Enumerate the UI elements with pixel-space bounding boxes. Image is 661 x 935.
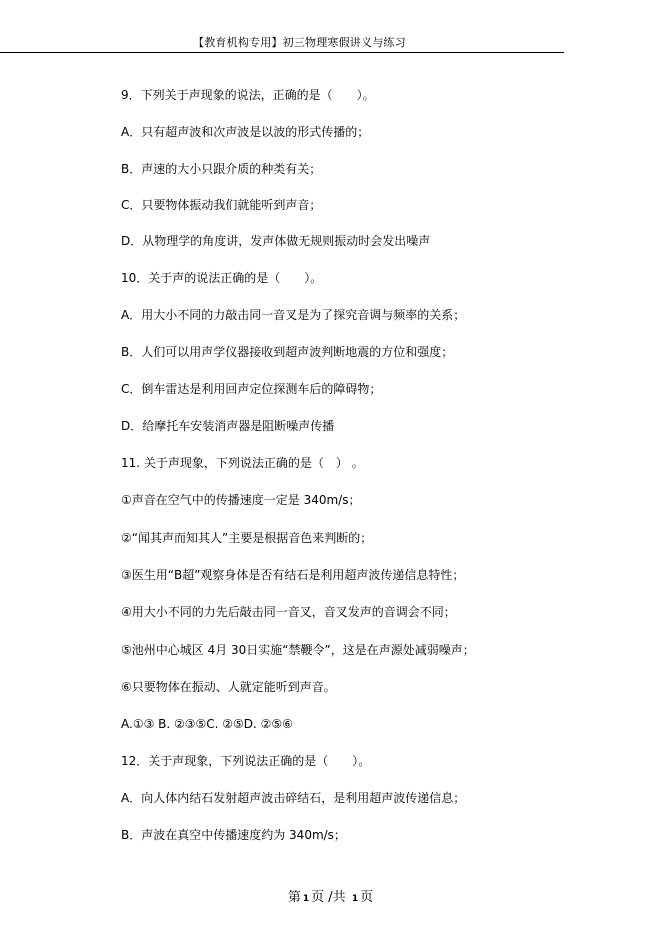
question-12-stem: 12．关于声现象，下列说法正确的是（ ）。 <box>121 753 370 769</box>
question-10-option-c: C．倒车雷达是利用回声定位探测车后的障碍物； <box>121 381 381 397</box>
page-footer: 第1页 /共 1页 <box>0 890 661 907</box>
question-11-choices: A.①③ B. ②③⑤C. ②⑤D. ②⑤⑥ <box>121 716 293 732</box>
question-11-statement-1: ①声音在空气中的传播速度一定是 340m/s； <box>121 492 360 508</box>
footer-prefix: 第 <box>288 890 301 905</box>
question-11-statement-4: ④用大小不同的力先后敲击同一音叉，音叉发声的音调会不同； <box>121 604 456 620</box>
page-header: 【教育机构专用】初三物理寒假讲义与练习 <box>0 0 564 53</box>
question-12-option-a: A．向人体内结石发射超声波击碎结石，是利用超声波传递信息； <box>121 790 465 806</box>
question-10-option-a: A．用大小不同的力敲击同一音叉是为了探究音调与频率的关系； <box>121 307 465 323</box>
question-11-statement-2: ②“闻其声而知其人”主要是根据音色来判断的； <box>121 530 372 546</box>
question-9-option-a: A．只有超声波和次声波是以波的形式传播的； <box>121 124 369 140</box>
question-9-option-d: D．从物理学的角度讲，发声体做无规则振动时会发出噪声 <box>121 233 430 249</box>
footer-middle: 页 /共 <box>311 890 350 905</box>
footer-suffix: 页 <box>360 890 373 905</box>
question-9-option-b: B．声速的大小只跟介质的种类有关； <box>121 161 321 177</box>
question-10-option-b: B．人们可以用声学仪器接收到超声波判断地震的方位和强度； <box>121 344 453 360</box>
question-12-option-b: B．声波在真空中传播速度约为 340m/s； <box>121 827 346 843</box>
header-title: 【教育机构专用】初三物理寒假讲义与练习 <box>193 36 406 49</box>
question-11-statement-3: ③医生用“B超”观察身体是否有结石是利用超声波传递信息特性； <box>121 567 464 583</box>
question-9-stem: 9．下列关于声现象的说法，正确的是（ ）。 <box>121 87 375 103</box>
question-9-option-c: C．只要物体振动我们就能听到声音； <box>121 197 321 213</box>
question-11-stem: 11. 关于声现象，下列说法正确的是（ ） 。 <box>121 455 364 471</box>
current-page-number: 1 <box>301 894 311 904</box>
question-11-statement-5: ⑤池州中心城区 4月 30日实施“禁鞭令”，这是在声源处减弱噪声； <box>121 642 475 658</box>
question-11-statement-6: ⑥只要物体在振动、人就定能听到声音。 <box>121 679 336 695</box>
total-pages-number: 1 <box>350 894 360 904</box>
question-10-stem: 10．关于声的说法正确的是（ ）。 <box>121 270 322 286</box>
question-10-option-d: D．给摩托车安装消声器是阻断噪声传播 <box>121 418 334 434</box>
